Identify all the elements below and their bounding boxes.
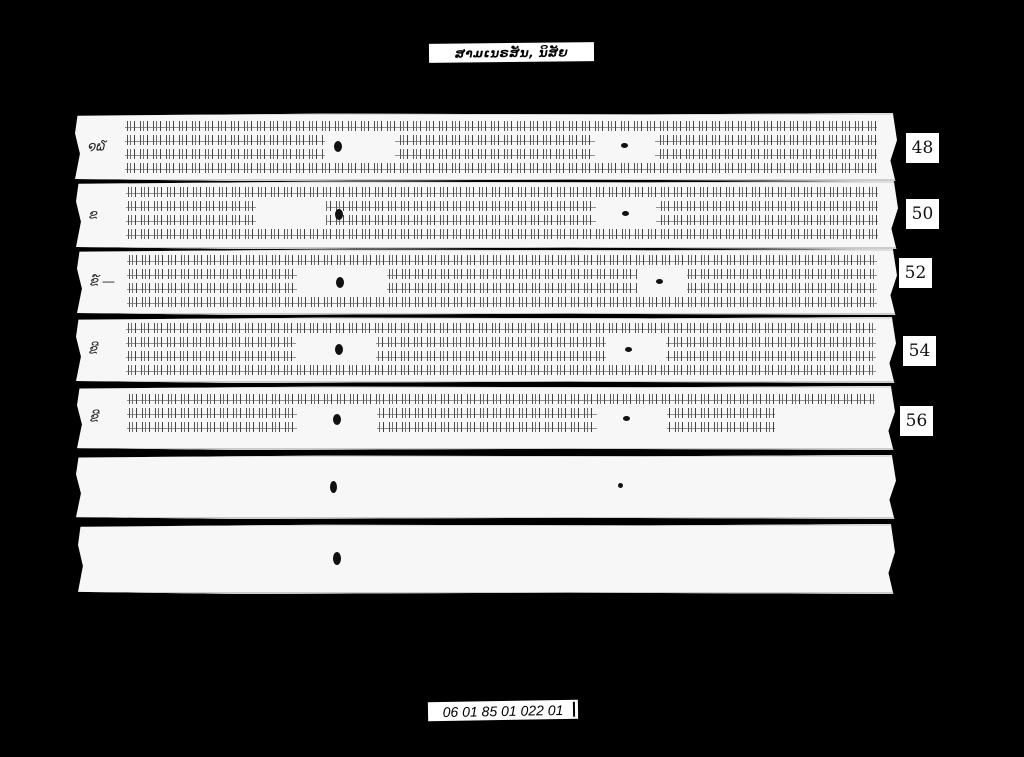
- leaf-margin-mark: ຂີ: [89, 411, 98, 426]
- manuscript-leaf-3: ຂ໌ —: [77, 249, 897, 315]
- text-line: [126, 229, 878, 239]
- text-line: [127, 422, 775, 432]
- text-line: [127, 297, 877, 307]
- manuscript-leaf-6-blank: [76, 455, 896, 519]
- text-line: [126, 351, 876, 361]
- leaf-margin-mark: ຂ: [88, 208, 97, 223]
- text-line: [125, 163, 877, 173]
- page-number-tag: 50: [906, 199, 939, 229]
- page-number-tag: 56: [900, 406, 933, 436]
- text-line: [126, 323, 876, 333]
- binding-hole: [618, 483, 623, 488]
- binding-hole: [622, 211, 629, 216]
- text-line: [126, 365, 876, 375]
- text-line: [125, 149, 877, 159]
- leaf-margin-mark: ຂ໌ —: [89, 275, 115, 290]
- leaf-margin-mark: ຂີ: [88, 343, 97, 358]
- binding-hole: [625, 347, 632, 352]
- text-line: [127, 283, 877, 293]
- text-line: [127, 255, 877, 265]
- binding-hole: [333, 552, 341, 565]
- page-number-tag: 52: [899, 258, 932, 288]
- text-line: [127, 394, 875, 404]
- binding-hole: [336, 277, 344, 288]
- manuscript-leaf-2: ຂ: [76, 181, 898, 249]
- binding-hole: [334, 141, 342, 152]
- page-number-tag: 54: [903, 336, 936, 366]
- text-line: [126, 337, 876, 347]
- manuscript-leaf-4: ຂີ: [76, 317, 896, 383]
- text-line: [125, 121, 877, 131]
- text-line: [126, 215, 878, 225]
- catalog-number-label: 06 01 85 01 022 01: [428, 700, 578, 722]
- binding-hole: [335, 209, 343, 220]
- text-line: [127, 269, 877, 279]
- binding-hole: [656, 279, 663, 284]
- binding-hole: [335, 344, 343, 355]
- text-line: [127, 408, 775, 418]
- manuscript-title-label: ສາມເນຣສັນ, ນິສັຍ: [429, 42, 594, 63]
- binding-hole: [330, 481, 337, 493]
- text-line: [126, 201, 878, 211]
- manuscript-leaf-1: ໑໖: [75, 113, 897, 181]
- leaf-margin-mark: ໑໖: [87, 140, 104, 155]
- binding-hole: [621, 143, 628, 148]
- page-number-tag: 48: [906, 133, 939, 163]
- binding-hole: [333, 414, 341, 425]
- text-line: [126, 187, 878, 197]
- text-line: [125, 135, 877, 145]
- binding-hole: [623, 416, 630, 421]
- manuscript-leaf-5: ຂີ: [77, 386, 895, 450]
- manuscript-leaf-7-blank: [78, 524, 895, 594]
